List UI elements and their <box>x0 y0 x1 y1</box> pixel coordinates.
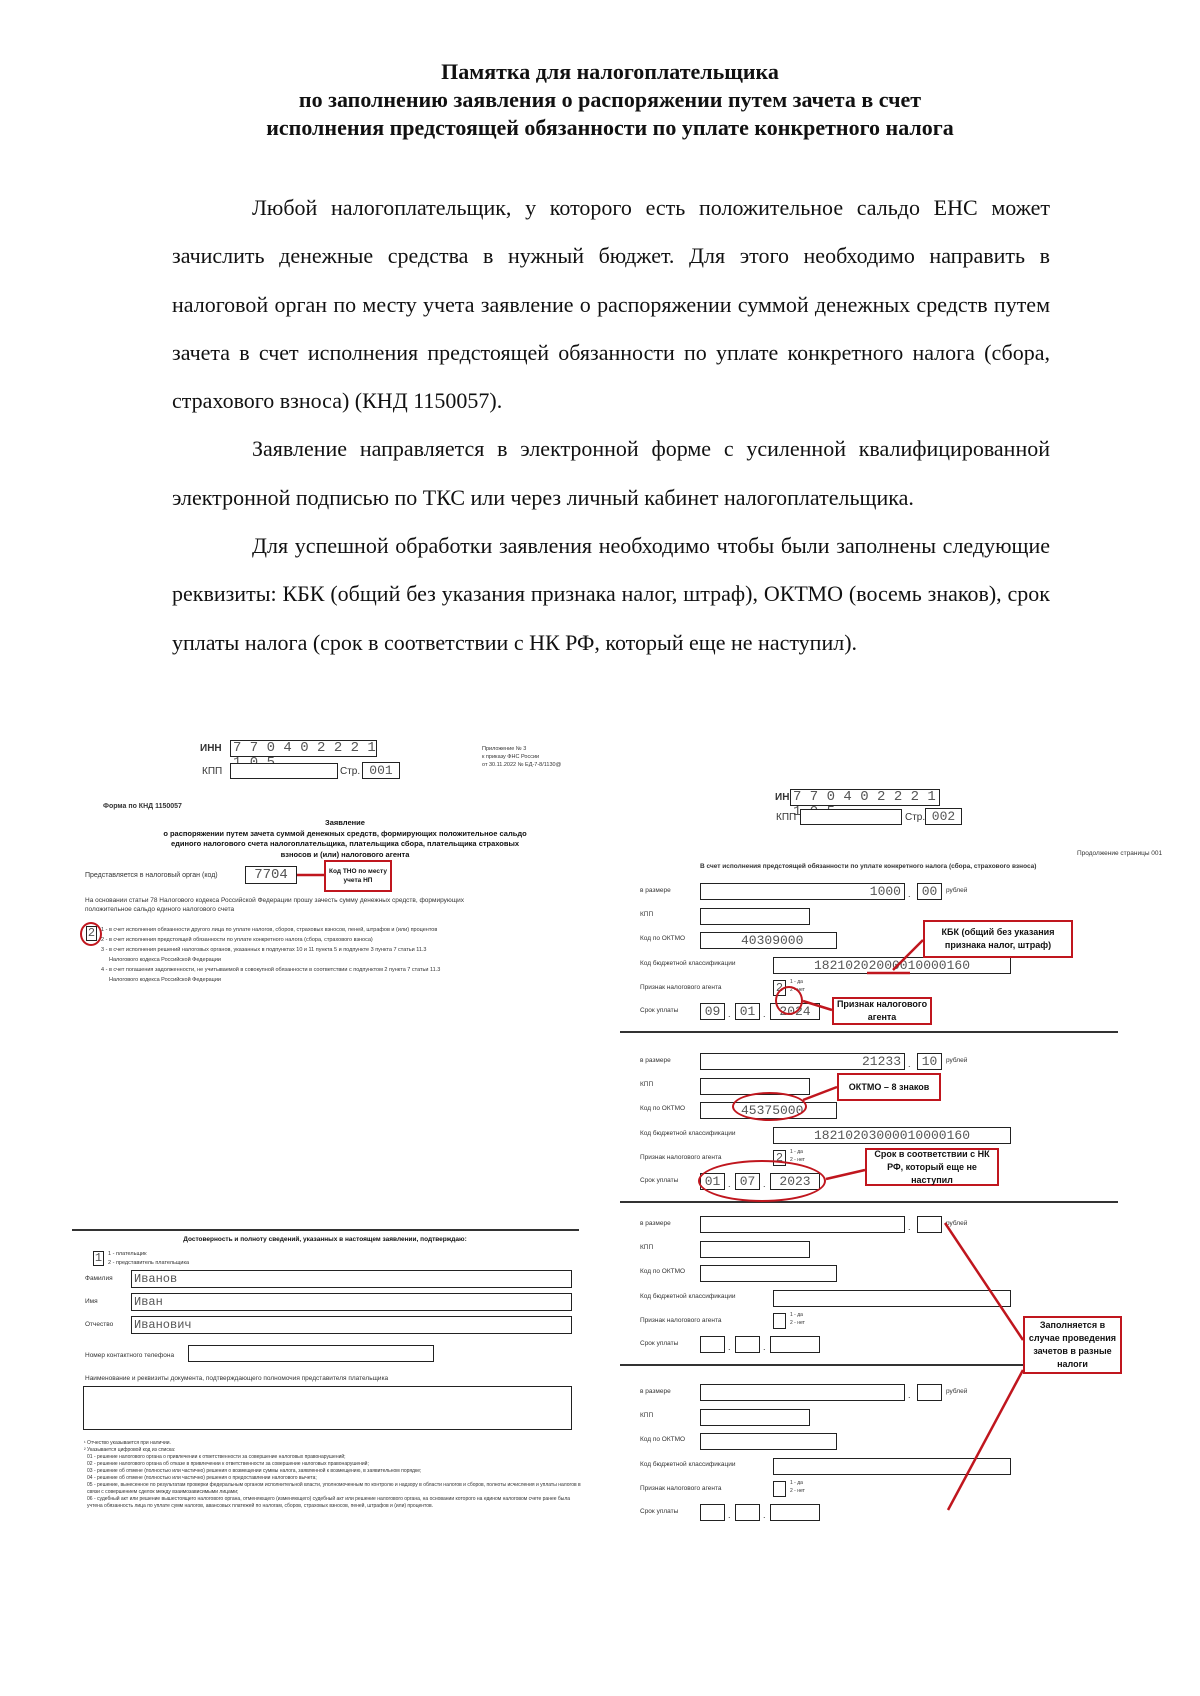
agent-yes-option: 1 - да <box>790 1148 803 1156</box>
patronymic-label: Отчество <box>85 1321 113 1328</box>
oktmo-field[interactable] <box>700 1433 837 1450</box>
inn-label: ИНН <box>200 743 222 754</box>
paragraph-2: Заявление направляется в электронной фор… <box>172 425 1050 522</box>
document-label: Наименование и реквизиты документа, подт… <box>85 1375 388 1382</box>
kpp-field-p2[interactable] <box>800 809 902 825</box>
amount-kopecks-field[interactable] <box>917 1216 942 1233</box>
oktmo-label: Код по ОКТМО <box>640 935 685 942</box>
oktmo-label: Код по ОКТМО <box>640 1105 685 1112</box>
amount-rubles-field[interactable] <box>700 1384 905 1401</box>
due-date-label: Срок уплаты <box>640 1508 678 1515</box>
kbk-field[interactable] <box>773 1290 1011 1307</box>
block-divider <box>620 1201 1118 1203</box>
callout-due-date: Срок в соответствии с НК РФ, который еще… <box>865 1148 999 1186</box>
agent-label: Признак налогового агента <box>640 1154 722 1161</box>
kbk-label: Код бюджетной классификации <box>640 1461 736 1468</box>
kpp-label: КПП <box>640 911 653 918</box>
due-date-label: Срок уплаты <box>640 1340 678 1347</box>
due-date-label: Срок уплаты <box>640 1177 678 1184</box>
agent-highlight-circle <box>775 986 803 1015</box>
document-body: Любой налогоплательщик, у которого есть … <box>172 184 1050 667</box>
rubles-label: рублей <box>946 887 967 894</box>
appendix-note: Приложение № 3 к приказу ФНС России от 3… <box>482 745 561 769</box>
document-title: Памятка для налогоплательщика по заполне… <box>160 58 1060 142</box>
date-separator: . <box>763 1342 766 1352</box>
page-label: Стр. <box>340 766 360 777</box>
title-line-3: исполнения предстоящей обязанности по уп… <box>160 114 1060 142</box>
kpp-field[interactable] <box>700 908 810 925</box>
kpp-label: КПП <box>202 766 222 777</box>
agent-yes-option: 1 - да <box>790 978 803 986</box>
option-highlight-circle <box>80 922 102 946</box>
agent-field[interactable] <box>773 1481 786 1497</box>
callout-agent: Признак налогового агента <box>832 997 932 1025</box>
kbk-field[interactable] <box>773 1458 1011 1475</box>
amount-kopecks-field[interactable]: 00 <box>917 883 942 900</box>
surname-field[interactable]: Иванов <box>131 1270 572 1288</box>
amount-rubles-field[interactable] <box>700 1216 905 1233</box>
amount-kopecks-field[interactable]: 10 <box>917 1053 942 1070</box>
agent-field[interactable] <box>773 1313 786 1329</box>
continuation-note: Продолжение страницы 001 <box>1077 850 1162 857</box>
decimal-separator: . <box>908 1390 911 1400</box>
divider <box>72 1229 579 1231</box>
decimal-separator: . <box>908 1222 911 1232</box>
page-number-field: 001 <box>362 762 400 779</box>
paragraph-1: Любой налогоплательщик, у которого есть … <box>172 184 1050 425</box>
agent-yes-option: 1 - да <box>790 1479 803 1487</box>
oktmo-field[interactable] <box>700 1265 837 1282</box>
amount-kopecks-field[interactable] <box>917 1384 942 1401</box>
name-label: Имя <box>85 1298 98 1305</box>
decimal-separator: . <box>908 889 911 899</box>
due-day-field[interactable]: 09 <box>700 1003 725 1020</box>
name-field[interactable]: Иван <box>131 1293 572 1311</box>
confirm-heading: Достоверность и полноту сведений, указан… <box>80 1236 570 1243</box>
date-separator: . <box>763 1009 766 1019</box>
callout-oktmo: ОКТМО – 8 знаков <box>837 1073 941 1101</box>
signer-options: 1 - плательщик 2 - представитель платель… <box>108 1250 189 1268</box>
oktmo-highlight-ellipse <box>732 1092 807 1121</box>
agent-no-option: 2 - нет <box>790 1487 805 1495</box>
kpp-label: КПП <box>640 1081 653 1088</box>
kbk-field[interactable]: 18210203000010000160 <box>773 1127 1011 1144</box>
amount-label: в размере <box>640 1220 671 1227</box>
oktmo-field[interactable]: 40309000 <box>700 932 837 949</box>
patronymic-field[interactable]: Иванович <box>131 1316 572 1334</box>
due-day-field[interactable] <box>700 1336 725 1353</box>
basis-text: На основании статьи 78 Налогового кодекс… <box>85 896 464 914</box>
agent-label: Признак налогового агента <box>640 1317 722 1324</box>
callout-tax-office: Код ТНО по месту учета НП <box>324 860 392 892</box>
tax-office-field[interactable]: 7704 <box>245 866 297 884</box>
kpp-field[interactable] <box>230 763 338 779</box>
tax-office-label: Представляется в налоговый орган (код) <box>85 872 218 879</box>
kpp-field[interactable] <box>700 1241 810 1258</box>
rubles-label: рублей <box>946 1057 967 1064</box>
block-divider <box>620 1031 1118 1033</box>
amount-label: в размере <box>640 1388 671 1395</box>
kbk-label: Код бюджетной классификации <box>640 1293 736 1300</box>
inn-field[interactable]: 7 7 0 4 0 2 2 2 1 1 0 5 <box>230 740 377 757</box>
surname-label: Фамилия <box>85 1275 113 1282</box>
amount-label: в размере <box>640 1057 671 1064</box>
agent-label: Признак налогового агента <box>640 984 722 991</box>
title-line-2: по заполнению заявления о распоряжении п… <box>160 86 1060 114</box>
title-line-1: Памятка для налогоплательщика <box>160 58 1060 86</box>
callout-multiple-taxes: Заполняется в случае проведения зачетов … <box>1023 1316 1122 1374</box>
decimal-separator: . <box>908 1059 911 1069</box>
kbk-field[interactable]: 18210202000010000160 <box>773 957 1011 974</box>
date-separator: . <box>728 1510 731 1520</box>
form-heading: Заявление о распоряжении путем зачета су… <box>80 818 610 860</box>
footnotes: ¹ Отчество указывается при наличии. ² Ук… <box>84 1440 584 1510</box>
kbk-label: Код бюджетной классификации <box>640 1130 736 1137</box>
page-number-field-p2: 002 <box>925 808 962 825</box>
due-year-field[interactable] <box>770 1504 820 1521</box>
phone-label: Номер контактного телефона <box>85 1352 174 1359</box>
agent-label: Признак налогового агента <box>640 1485 722 1492</box>
page-label-p2: Стр. <box>905 812 925 823</box>
section-heading: В счет исполнения предстоящей обязанност… <box>700 863 1036 870</box>
rubles-label: рублей <box>946 1220 967 1227</box>
signer-code-field[interactable]: 1 <box>93 1251 104 1266</box>
paragraph-3: Для успешной обработки заявления необход… <box>172 522 1050 667</box>
date-separator: . <box>728 1009 731 1019</box>
date-separator: . <box>763 1510 766 1520</box>
agent-no-option: 2 - нет <box>790 1319 805 1327</box>
amount-rubles-field[interactable]: 21233 <box>700 1053 905 1070</box>
inn-field-p2[interactable]: 7 7 0 4 0 2 2 2 1 1 0 5 <box>790 789 940 806</box>
kpp-label-p2: КПП <box>776 812 796 823</box>
due-date-highlight-ellipse <box>698 1160 826 1202</box>
due-month-field[interactable] <box>735 1336 760 1353</box>
oktmo-label: Код по ОКТМО <box>640 1268 685 1275</box>
due-date-label: Срок уплаты <box>640 1007 678 1014</box>
date-separator: . <box>728 1342 731 1352</box>
due-day-field[interactable] <box>700 1504 725 1521</box>
oktmo-label: Код по ОКТМО <box>640 1436 685 1443</box>
kpp-label: КПП <box>640 1244 653 1251</box>
option-list: 1 - в счет исполнения обязанности другог… <box>101 925 440 985</box>
amount-rubles-field[interactable]: 1000 <box>700 883 905 900</box>
agent-yes-option: 1 - да <box>790 1311 803 1319</box>
due-month-field[interactable] <box>735 1504 760 1521</box>
kbk-label: Код бюджетной классификации <box>640 960 736 967</box>
due-year-field[interactable] <box>770 1336 820 1353</box>
document-field[interactable] <box>83 1386 572 1430</box>
kpp-field[interactable] <box>700 1409 810 1426</box>
kpp-label: КПП <box>640 1412 653 1419</box>
callout-kbk: КБК (общий без указания признака налог, … <box>923 920 1073 958</box>
form-code: Форма по КНД 1150057 <box>103 803 182 810</box>
due-month-field[interactable]: 01 <box>735 1003 760 1020</box>
rubles-label: рублей <box>946 1388 967 1395</box>
phone-field[interactable] <box>188 1345 434 1362</box>
amount-label: в размере <box>640 887 671 894</box>
